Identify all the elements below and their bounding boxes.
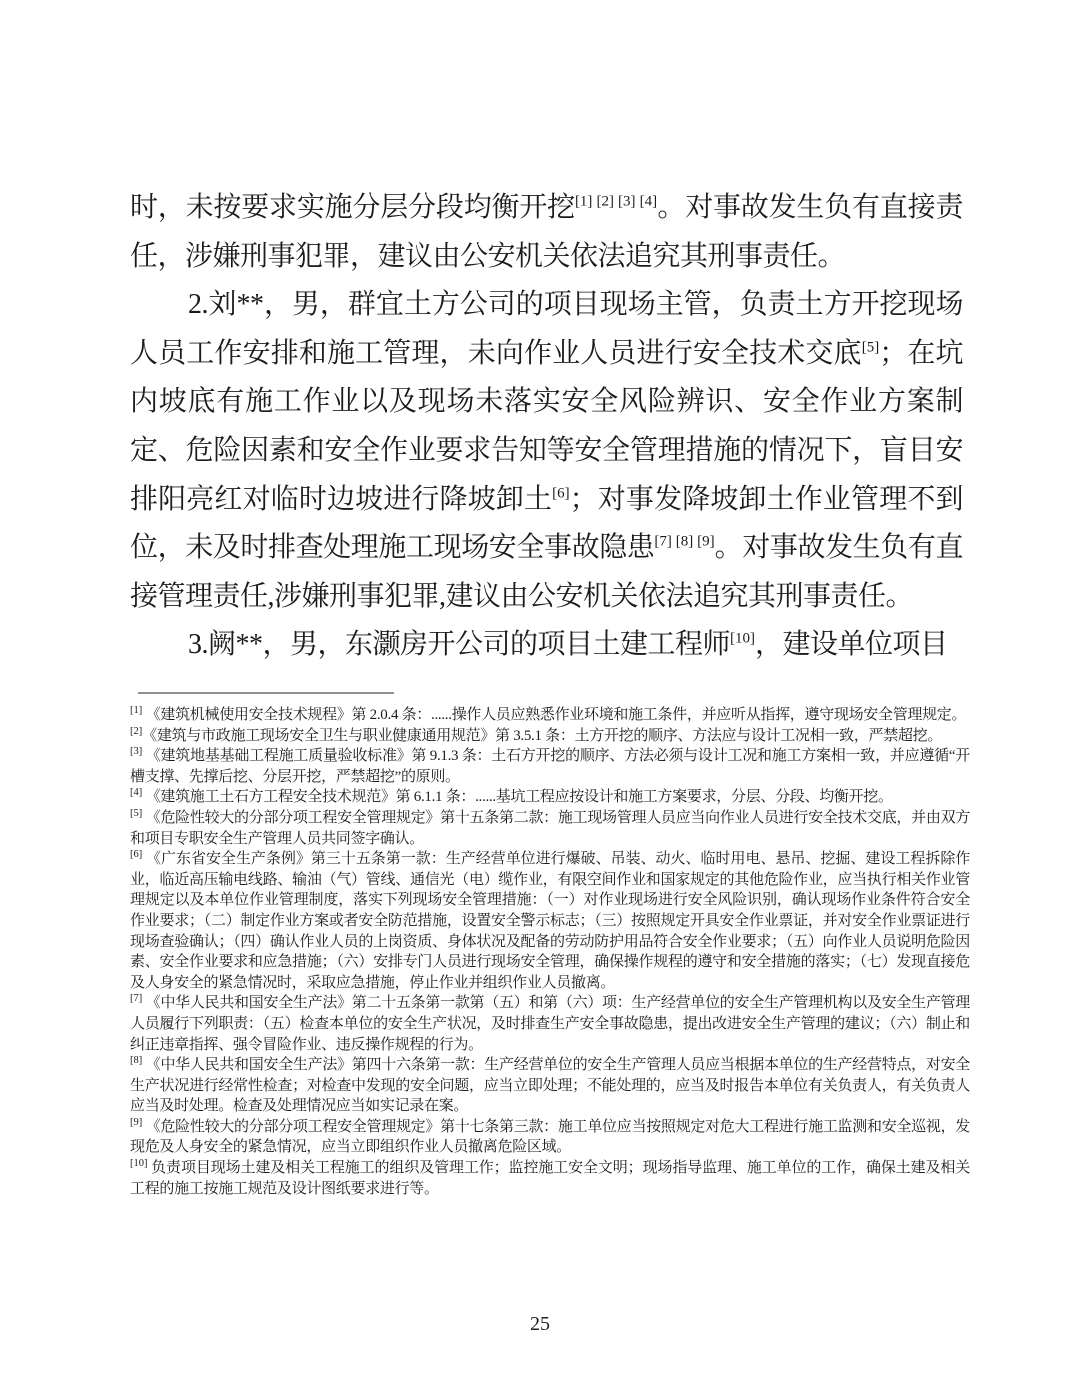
footnote-item: [2]《建筑与市政施工现场安全卫生与职业健康通用规范》第 3.5.1 条：土方开… xyxy=(130,726,970,747)
footnote-separator xyxy=(138,692,394,694)
text-run: ，建设单位项目 xyxy=(755,629,948,660)
footnote-item: [8] 《中华人民共和国安全生产法》第四十六条第一款：生产经营单位的安全生产管理… xyxy=(130,1055,970,1117)
document-page: 时，未按要求实施分层分段均衡开挖[1] [2] [3] [4]。对事故发生负有直… xyxy=(0,0,1080,1398)
footnote-text: 《建筑与市政施工现场安全卫生与职业健康通用规范》第 3.5.1 条：土方开挖的顺… xyxy=(142,728,942,744)
footnote-item: [4] 《建筑施工土石方工程安全技术规范》第 6.1.1 条：......基坑工… xyxy=(130,787,970,808)
footnote-marker: [6] xyxy=(130,849,142,860)
footnote-ref: [10] xyxy=(730,631,755,647)
footnote-marker: [2] xyxy=(130,726,142,737)
footnote-item: [6] 《广东省安全生产条例》第三十五条第一款：生产经营单位进行爆破、吊装、动火… xyxy=(130,849,970,993)
footnote-text: 《建筑地基基础工程施工质量验收标准》第 9.1.3 条：土石方开挖的顺序、方法必… xyxy=(130,748,970,785)
footnote-item: [3] 《建筑地基基础工程施工质量验收标准》第 9.1.3 条：土石方开挖的顺序… xyxy=(130,746,970,787)
footnote-text: 《危险性较大的分部分项工程安全管理规定》第十七条第三款：施工单位应当按照规定对危… xyxy=(130,1119,970,1156)
text-run: 3.阙**，男，东灏房开公司的项目土建工程师 xyxy=(188,629,730,660)
text-run: 时，未按要求实施分层分段均衡开挖 xyxy=(130,192,575,223)
footnote-item: [5] 《危险性较大的分部分项工程安全管理规定》第十五条第二款：施工现场管理人员… xyxy=(130,808,970,849)
main-text: 时，未按要求实施分层分段均衡开挖[1] [2] [3] [4]。对事故发生负有直… xyxy=(130,184,963,670)
footnote-marker: [9] xyxy=(130,1117,142,1128)
footnote-text: 《广东省安全生产条例》第三十五条第一款：生产经营单位进行爆破、吊装、动火、临时用… xyxy=(130,851,970,991)
footnote-item: [9] 《危险性较大的分部分项工程安全管理规定》第十七条第三款：施工单位应当按照… xyxy=(130,1117,970,1158)
footnote-text: 《中华人民共和国安全生产法》第四十六条第一款：生产经营单位的安全生产管理人员应当… xyxy=(130,1057,970,1114)
footnote-ref: [5] xyxy=(862,339,880,355)
footnote-item: [10] 负责项目现场土建及相关工程施工的组织及管理工作；监控施工安全文明；现场… xyxy=(130,1158,970,1199)
page-number: 25 xyxy=(0,1313,1080,1336)
footnote-marker: [7] xyxy=(130,993,142,1004)
footnote-text: 《危险性较大的分部分项工程安全管理规定》第十五条第二款：施工现场管理人员应当向作… xyxy=(130,810,970,847)
footnote-marker: [4] xyxy=(130,787,142,798)
footnote-text: 《建筑施工土石方工程安全技术规范》第 6.1.1 条：......基坑工程应按设… xyxy=(146,789,893,805)
footnote-item: [1] 《建筑机械使用安全技术规程》第 2.0.4 条：......操作人员应熟… xyxy=(130,705,970,726)
footnotes: [1] 《建筑机械使用安全技术规程》第 2.0.4 条：......操作人员应熟… xyxy=(130,705,970,1199)
footnote-marker: [5] xyxy=(130,808,142,819)
paragraph: 2.刘**，男，群宜土方公司的项目现场主管，负责土方开挖现场人员工作安排和施工管… xyxy=(130,281,963,621)
footnote-text: 负责项目现场土建及相关工程施工的组织及管理工作；监控施工安全文明；现场指导监理、… xyxy=(130,1160,970,1197)
footnote-marker: [3] xyxy=(130,746,142,757)
footnote-ref: [7] [8] [9] xyxy=(654,534,714,550)
footnote-marker: [10] xyxy=(130,1158,148,1169)
text-run: 2.刘**，男，群宜土方公司的项目现场主管，负责土方开挖现场人员工作安排和施工管… xyxy=(130,289,963,369)
footnote-ref: [1] [2] [3] [4] xyxy=(575,194,657,210)
footnote-text: 《中华人民共和国安全生产法》第二十五条第一款第（五）和第（六）项：生产经营单位的… xyxy=(130,995,970,1052)
footnote-ref: [6] xyxy=(552,485,570,501)
paragraph: 时，未按要求实施分层分段均衡开挖[1] [2] [3] [4]。对事故发生负有直… xyxy=(130,184,963,281)
footnote-text: 《建筑机械使用安全技术规程》第 2.0.4 条：......操作人员应熟悉作业环… xyxy=(146,707,967,723)
footnote-marker: [8] xyxy=(130,1055,142,1066)
footnote-marker: [1] xyxy=(130,705,142,716)
footnote-item: [7] 《中华人民共和国安全生产法》第二十五条第一款第（五）和第（六）项：生产经… xyxy=(130,993,970,1055)
paragraph: 3.阙**，男，东灏房开公司的项目土建工程师[10]，建设单位项目 xyxy=(130,621,963,670)
